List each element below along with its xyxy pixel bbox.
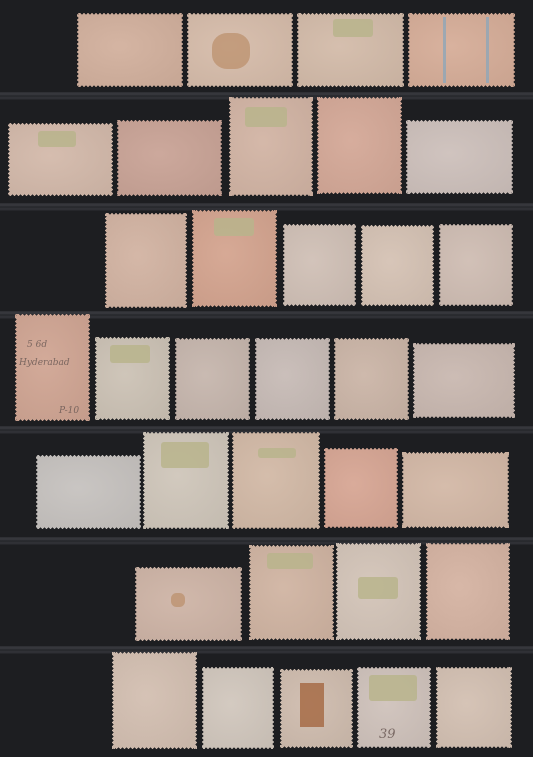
stockbook-strip bbox=[0, 646, 533, 654]
stamp-back bbox=[406, 120, 513, 194]
stamp-hinge bbox=[258, 448, 296, 458]
stamp-back bbox=[232, 432, 320, 529]
stockbook-page: 5 6dHyderabadP-1039 bbox=[0, 0, 533, 757]
stamp-back bbox=[297, 13, 404, 87]
pencil-annotation: 39 bbox=[379, 727, 396, 742]
blue-line-mark bbox=[486, 17, 489, 83]
stamp-back bbox=[36, 455, 141, 529]
stamp-hinge bbox=[110, 345, 150, 363]
stamp-back bbox=[77, 13, 183, 87]
stamp-hinge bbox=[333, 19, 373, 37]
stamp-back bbox=[317, 97, 402, 194]
stamp-back bbox=[105, 213, 187, 308]
stamp-back bbox=[175, 338, 250, 420]
stamp-back bbox=[112, 652, 197, 749]
stamp-hinge bbox=[161, 442, 209, 468]
stamp-back bbox=[192, 210, 277, 307]
stamp-back bbox=[436, 667, 512, 748]
stamp-back bbox=[8, 123, 113, 196]
stain-mark bbox=[212, 33, 250, 69]
pencil-annotation: 5 6d bbox=[27, 340, 47, 350]
tape-residue bbox=[300, 683, 324, 727]
stamp-back bbox=[283, 224, 356, 306]
stamp-back bbox=[187, 13, 293, 87]
stamp-hinge bbox=[358, 577, 398, 599]
stamp-back bbox=[135, 567, 242, 641]
stamp-hinge bbox=[267, 553, 313, 569]
pencil-annotation: Hyderabad bbox=[19, 358, 70, 368]
stamp-back bbox=[408, 13, 515, 87]
stamp-hinge bbox=[214, 218, 254, 236]
stamp-back bbox=[402, 452, 509, 528]
stamp-back bbox=[324, 448, 398, 528]
stamp-back bbox=[334, 338, 409, 420]
stamp-back bbox=[249, 545, 334, 640]
stamp-back bbox=[202, 667, 274, 749]
stamp-back bbox=[361, 225, 434, 306]
blue-line-mark bbox=[443, 17, 446, 83]
stamp-back bbox=[280, 669, 353, 748]
stamp-back bbox=[117, 120, 222, 196]
stamp-hinge bbox=[38, 131, 76, 147]
stamp-hinge bbox=[369, 675, 417, 701]
stamp-back bbox=[255, 338, 330, 420]
stamp-back: 5 6dHyderabadP-10 bbox=[15, 314, 90, 421]
stamp-back bbox=[95, 337, 170, 420]
stamp-back: 39 bbox=[357, 667, 431, 748]
pencil-annotation: P-10 bbox=[59, 406, 79, 416]
stamp-back bbox=[336, 543, 421, 640]
stamp-back bbox=[143, 432, 229, 529]
stamp-hinge bbox=[245, 107, 287, 127]
stamp-back bbox=[426, 543, 510, 640]
stamp-back bbox=[439, 224, 513, 306]
stain-mark bbox=[171, 593, 185, 607]
stamp-back bbox=[413, 343, 515, 418]
stamp-back bbox=[229, 97, 313, 196]
